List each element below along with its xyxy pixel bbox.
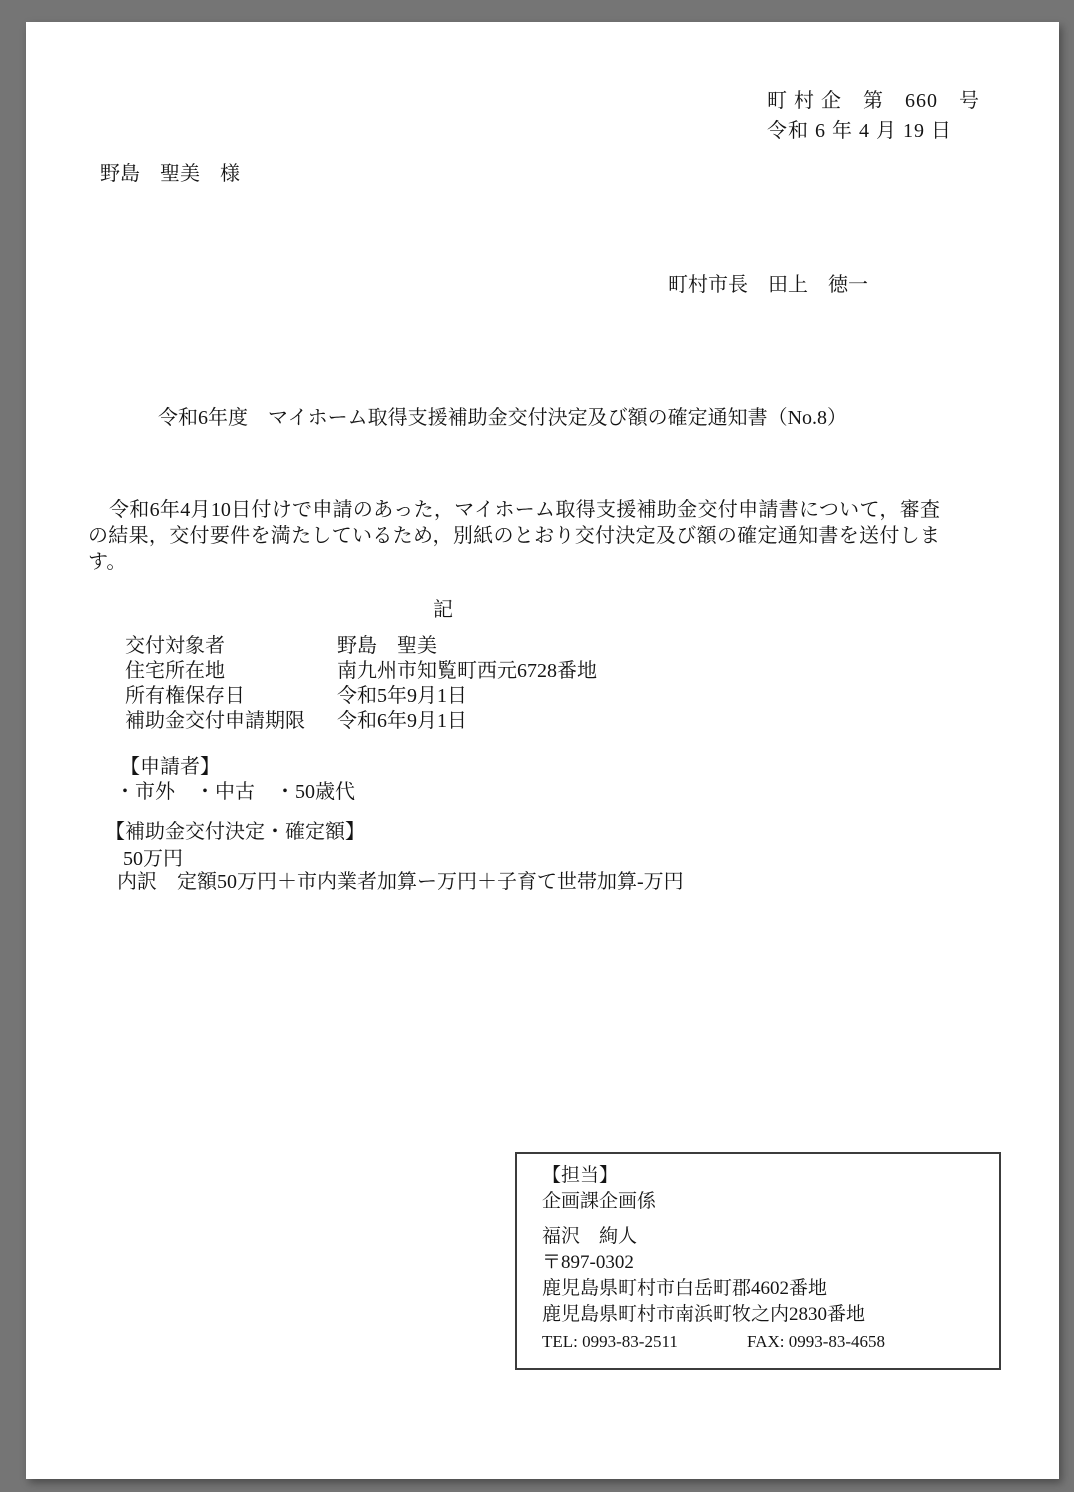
contact-address-1: 鹿児島県町村市白岳町郡4602番地 (542, 1276, 989, 1302)
detail-label: 所有権保存日 (125, 684, 337, 709)
detail-row-address: 住宅所在地南九州市知覧町西元6728番地 (125, 659, 597, 684)
detail-row-ownership-date: 所有権保存日令和5年9月1日 (125, 684, 597, 709)
contact-department: 企画課企画係 (542, 1189, 989, 1215)
detail-value: 令和6年9月1日 (337, 710, 467, 732)
detail-row-application-deadline: 補助金交付申請期限令和6年9月1日 (125, 709, 597, 734)
contact-postal-code: 〒897-0302 (542, 1250, 989, 1276)
detail-row-recipient: 交付対象者野島 聖美 (125, 634, 597, 659)
detail-value: 南九州市知覧町西元6728番地 (337, 660, 597, 682)
contact-person-name: 福沢 絢人 (542, 1224, 989, 1250)
body-paragraph: 令和6年4月10日付けで申請のあった，マイホーム取得支援補助金交付申請書について… (88, 497, 940, 575)
grant-details-list: 交付対象者野島 聖美 住宅所在地南九州市知覧町西元6728番地 所有権保存日令和… (125, 634, 597, 734)
contact-fax: FAX: 0993-83-4658 (747, 1332, 885, 1351)
applicant-attributes: ・市外 ・中古 ・50歳代 (115, 775, 355, 804)
sender-mayor-name: 町村市長 田上 徳一 (668, 268, 868, 297)
grant-amount-breakdown: 内訳 定額50万円＋市内業者加算ー万円＋子育て世帯加算-万円 (117, 865, 684, 894)
contact-tel: TEL: 0993-83-2511 (542, 1329, 747, 1355)
detail-value: 令和5年9月1日 (337, 685, 467, 707)
document-title: 令和6年度 マイホーム取得支援補助金交付決定及び額の確定通知書（No.8） (158, 401, 847, 430)
contact-address-2: 鹿児島県町村市南浜町牧之内2830番地 (542, 1302, 989, 1328)
grant-amount-section-header: 【補助金交付決定・確定額】 (105, 815, 365, 844)
recipient-name: 野島 聖美 様 (100, 157, 240, 186)
detail-value: 野島 聖美 (337, 635, 437, 657)
detail-label: 住宅所在地 (125, 659, 337, 684)
document-number: 町 村 企 第 660 号 (767, 84, 980, 113)
detail-label: 交付対象者 (125, 634, 337, 659)
contact-info-box: 【担当】 企画課企画係 福沢 絢人 〒897-0302 鹿児島県町村市白岳町郡4… (515, 1152, 1001, 1370)
document-page: 町 村 企 第 660 号 令和 6 年 4 月 19 日 野島 聖美 様 町村… (26, 22, 1059, 1479)
detail-label: 補助金交付申請期限 (125, 709, 337, 734)
ki-separator-label: 記 (433, 593, 453, 622)
document-date: 令和 6 年 4 月 19 日 (767, 114, 952, 143)
contact-header: 【担当】 (542, 1163, 989, 1189)
contact-tel-fax-row: TEL: 0993-83-2511FAX: 0993-83-4658 (542, 1329, 989, 1355)
